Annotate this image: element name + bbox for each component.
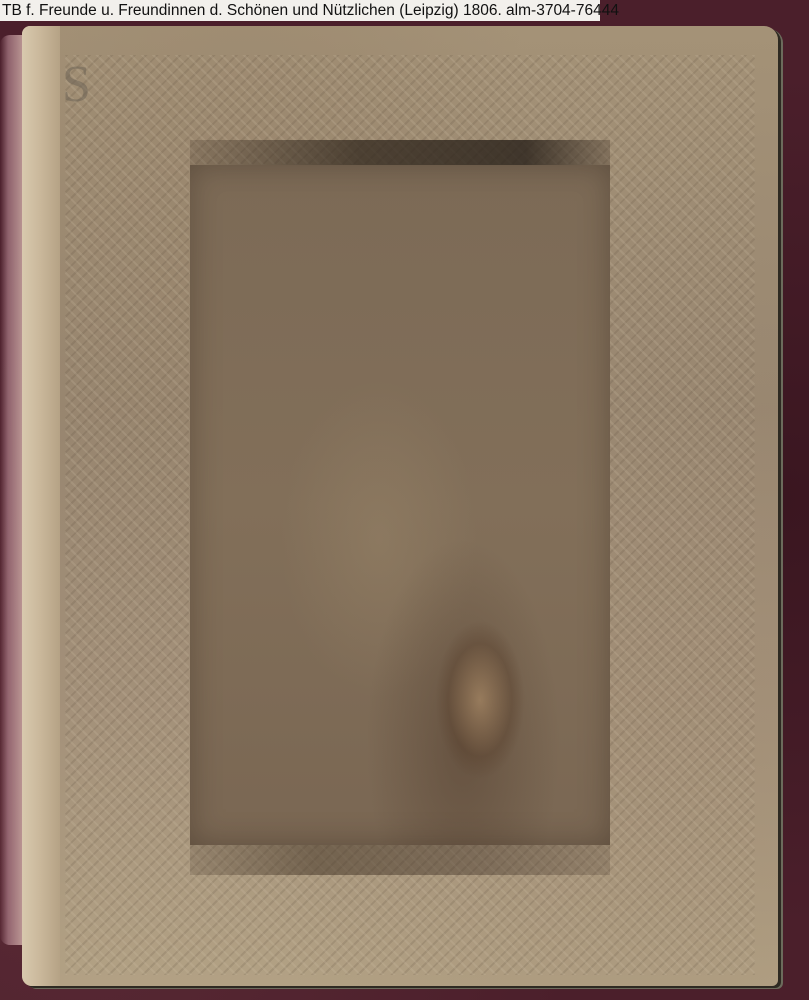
spine-edge bbox=[22, 26, 60, 986]
cover-stain bbox=[435, 620, 525, 780]
panel-top-band bbox=[190, 140, 610, 165]
watermark-letter: S bbox=[62, 55, 91, 114]
panel-bottom-band bbox=[190, 845, 610, 875]
image-caption: TB f. Freunde u. Freundinnen d. Schönen … bbox=[0, 0, 600, 21]
center-panel bbox=[190, 165, 610, 845]
